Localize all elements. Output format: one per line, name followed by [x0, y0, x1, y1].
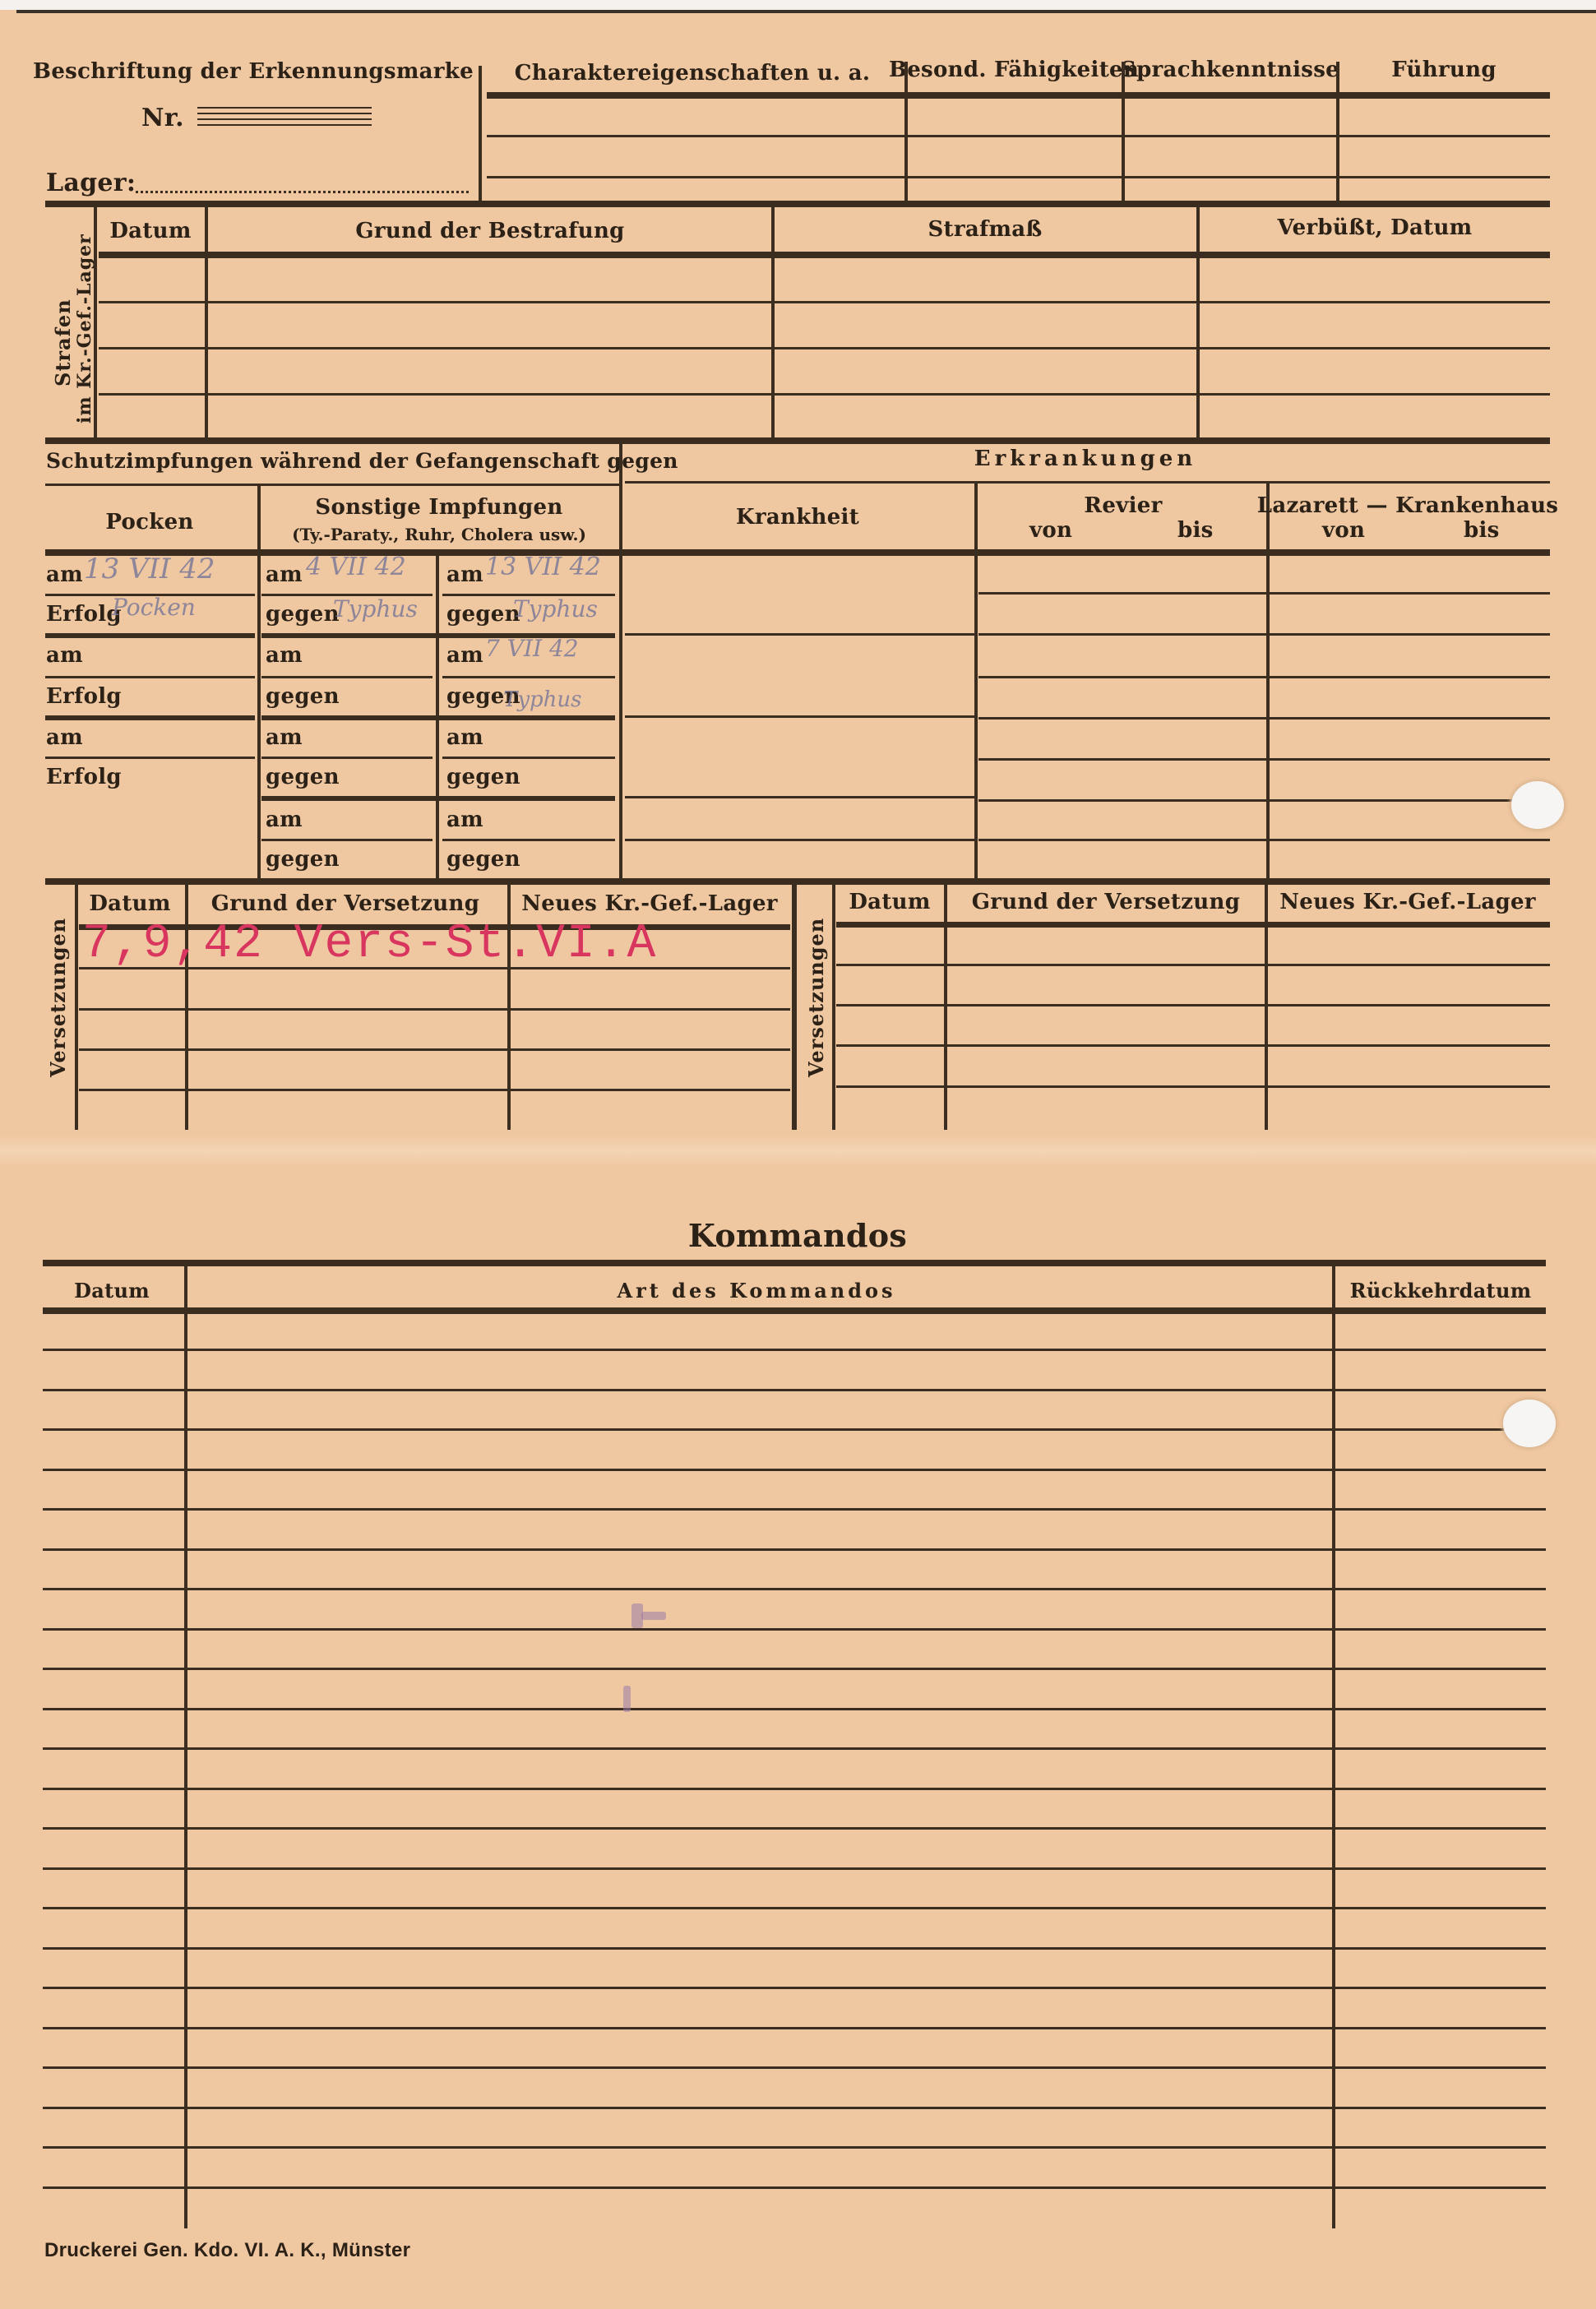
strafen-col-grund: Grund der Bestrafung [355, 219, 624, 243]
versetzungen-side-label-left: Versetzungen [46, 918, 70, 1077]
sonst2-gegen-3: gegen [446, 765, 520, 789]
row-line [487, 135, 1550, 137]
row-line [978, 839, 1550, 841]
row-line [836, 964, 1550, 966]
header-rule [45, 549, 1550, 556]
section-divider [619, 444, 622, 880]
lazarett-bis: bis [1464, 518, 1500, 543]
sonst1-gegen-4: gegen [266, 847, 340, 872]
row-line [836, 1004, 1550, 1006]
printer-imprint: Druckerei Gen. Kdo. VI. A. K., Münster [44, 2239, 410, 2262]
revier-label: Revier [1084, 493, 1162, 518]
row-line [261, 757, 433, 759]
row-line [978, 799, 1550, 802]
section-rule [45, 201, 1550, 207]
transfer-stamp: 7,9,42 Vers-St.VI.A [82, 918, 657, 971]
sonst2-am-2: am [446, 643, 483, 668]
row-line [487, 176, 1550, 178]
table-row[interactable] [43, 1588, 1546, 1590]
sonst1-am-3: am [266, 725, 303, 750]
table-row[interactable] [43, 1469, 1546, 1471]
col-divider [1336, 62, 1339, 203]
col-divider [1266, 484, 1270, 878]
col-divider [771, 207, 775, 440]
section-rule [45, 437, 1550, 444]
nr-label: Nr. [141, 104, 184, 132]
sonstige-label: Sonstige Impfungen [315, 495, 562, 520]
punch-hole [1511, 781, 1564, 829]
sonst2-gegen-1: gegen [446, 602, 520, 627]
row-rule [261, 796, 615, 801]
row-line [625, 796, 974, 798]
strafen-col-verbuesst: Verbüßt, Datum [1278, 215, 1473, 240]
row-rule [261, 715, 615, 720]
row-line [625, 633, 974, 636]
col-divider [974, 484, 978, 878]
section-rule [45, 878, 1550, 885]
col-divider [1265, 883, 1268, 1130]
header-rule [487, 92, 1550, 99]
row-line [79, 1089, 790, 1091]
table-row[interactable] [43, 1428, 1546, 1431]
row-line [442, 676, 615, 678]
row-line [99, 301, 1550, 303]
header-rule [43, 1260, 1546, 1266]
vers-left-col-lager: Neues Kr.-Gef.-Lager [521, 891, 778, 916]
kommandos-col-rueckkehr: Rückkehrdatum [1350, 1279, 1532, 1303]
table-row[interactable] [43, 1867, 1546, 1870]
ink-smudge [641, 1612, 666, 1620]
impfungen-title: Schutzimpfungen während der Gefangenscha… [46, 449, 678, 473]
col-sprachkenntnisse: Sprachkenntnisse [1121, 58, 1339, 82]
strafen-side-label: Strafen [51, 298, 75, 386]
row-line [978, 717, 1550, 720]
nr-field[interactable] [197, 107, 372, 130]
revier-bis: bis [1177, 518, 1214, 543]
row-line [978, 676, 1550, 678]
table-row[interactable] [43, 1668, 1546, 1670]
col-divider [257, 485, 261, 878]
col-divider [94, 207, 97, 440]
revier-von: von [1029, 518, 1072, 543]
col-faehigkeiten: Besond. Fähigkeiten [889, 58, 1139, 82]
versetzungen-side-label-right: Versetzungen [804, 918, 828, 1077]
sonst1-gegen-1-value[interactable]: Typhus [333, 595, 418, 622]
vers-left-col-grund: Grund der Versetzung [211, 891, 479, 916]
kommandos-title: Kommandos [688, 1217, 907, 1254]
pocken-erfolg-1: Erfolg [46, 602, 122, 627]
row-line [836, 1085, 1550, 1088]
vers-right-col-lager: Neues Kr.-Gef.-Lager [1279, 890, 1536, 914]
sonst2-am-3: am [446, 725, 483, 750]
row-rule [45, 715, 255, 720]
sonst2-gegen-4: gegen [446, 847, 520, 872]
table-row[interactable] [43, 1987, 1546, 1989]
ink-smudge [623, 1686, 631, 1712]
table-row[interactable] [43, 2107, 1546, 2109]
row-line [625, 481, 1550, 484]
table-row[interactable] [43, 2186, 1546, 2189]
col-divider [205, 207, 208, 440]
row-line [261, 839, 433, 841]
row-line [99, 393, 1550, 396]
sonst2-am-1: am [446, 562, 483, 587]
erkrankungen-title: Erkrankungen [974, 447, 1196, 471]
sonst1-gegen-3: gegen [266, 765, 340, 789]
table-row[interactable] [43, 1947, 1546, 1950]
pocken-am-1: am [46, 562, 83, 587]
pocken-erfolg-1-value[interactable]: Pocken [112, 594, 196, 621]
header-rule [836, 922, 1550, 928]
row-line [625, 715, 974, 718]
lazarett-label: Lazarett — Krankenhaus [1257, 493, 1559, 518]
sonst1-gegen-1: gegen [266, 602, 340, 627]
scan-top-edge [0, 0, 1596, 10]
row-line [625, 839, 974, 841]
header-rule [99, 252, 1550, 258]
row-line [45, 676, 255, 678]
pocken-erfolg-2: Erfolg [46, 684, 122, 709]
table-row[interactable] [43, 2027, 1546, 2029]
table-row[interactable] [43, 1349, 1546, 1351]
strafen-col-strafmass: Strafmaß [928, 217, 1042, 242]
sonst1-am-2: am [266, 643, 303, 668]
table-row[interactable] [43, 1827, 1546, 1830]
pocken-label: Pocken [105, 510, 193, 534]
row-line [442, 839, 615, 841]
col-divider [944, 883, 947, 1130]
vers-right-col-datum: Datum [849, 890, 930, 914]
row-line [978, 758, 1550, 761]
table-row[interactable] [43, 2066, 1546, 2069]
col-divider [832, 883, 835, 1130]
row-line [45, 757, 255, 759]
pocken-erfolg-3: Erfolg [46, 765, 122, 789]
table-row[interactable] [43, 2146, 1546, 2149]
sonstige-sub: (Ty.-Paraty., Ruhr, Cholera usw.) [292, 525, 586, 544]
kommandos-col-art: Art des Kommandos [617, 1279, 895, 1303]
row-line [99, 347, 1550, 349]
sonst1-gegen-2: gegen [266, 684, 340, 709]
vers-left-col-datum: Datum [89, 891, 170, 916]
row-line [836, 1044, 1550, 1047]
lager-field[interactable] [136, 191, 469, 193]
row-line [79, 1048, 790, 1051]
krankheit-label: Krankheit [736, 505, 859, 530]
col-charakter: Charaktereigenschaften u. a. [515, 61, 871, 86]
row-line [45, 484, 621, 486]
table-row[interactable] [43, 1508, 1546, 1511]
col-divider [75, 883, 78, 1130]
table-row[interactable] [43, 1628, 1546, 1631]
paper-fold [0, 1135, 1596, 1168]
table-row[interactable] [43, 1548, 1546, 1551]
kommandos-col-datum: Datum [74, 1279, 150, 1303]
pocken-am-3: am [46, 725, 83, 750]
sonst2-gegen-2-value[interactable]: Typhus [503, 687, 582, 712]
header-rule [43, 1307, 1546, 1314]
sonst2-gegen-1-value[interactable]: Typhus [513, 595, 598, 622]
paper-top-border [16, 10, 1596, 13]
strafen-col-datum: Datum [109, 219, 191, 243]
erkennungsmarke-label: Beschriftung der Erkennungsmarke [33, 59, 474, 84]
sonst2-am-4: am [446, 807, 483, 832]
row-line [261, 676, 433, 678]
pocken-am-1-value[interactable]: 13 VII 42 [84, 553, 215, 585]
table-row[interactable] [43, 1907, 1546, 1909]
lazarett-von: von [1322, 518, 1365, 543]
sonst1-am-1-value[interactable]: 4 VII 42 [306, 553, 406, 581]
pocken-am-2: am [46, 643, 83, 668]
table-row[interactable] [43, 1788, 1546, 1790]
table-row[interactable] [43, 1747, 1546, 1750]
row-line [978, 592, 1550, 595]
sonst1-am-4: am [266, 807, 303, 832]
sonst2-am-1-value[interactable]: 13 VII 42 [485, 553, 601, 581]
col-divider [904, 62, 908, 203]
col-divider [792, 883, 795, 1130]
vers-right-col-grund: Grund der Versetzung [972, 890, 1240, 914]
sonst2-am-2-value[interactable]: 7 VII 42 [485, 635, 579, 662]
col-fuehrung: Führung [1391, 58, 1497, 82]
row-line [442, 757, 615, 759]
row-rule [45, 633, 255, 638]
col-divider [1196, 207, 1200, 440]
row-line [978, 633, 1550, 636]
lager-label: Lager: [46, 169, 136, 197]
table-row[interactable] [43, 1708, 1546, 1710]
header-divider [479, 66, 482, 204]
strafen-side-label-2: im Kr.-Gef.-Lager [74, 234, 95, 423]
punch-hole [1503, 1400, 1556, 1447]
table-row[interactable] [43, 1389, 1546, 1391]
sonst1-am-1: am [266, 562, 303, 587]
row-line [79, 1008, 790, 1011]
col-divider [1122, 62, 1125, 203]
